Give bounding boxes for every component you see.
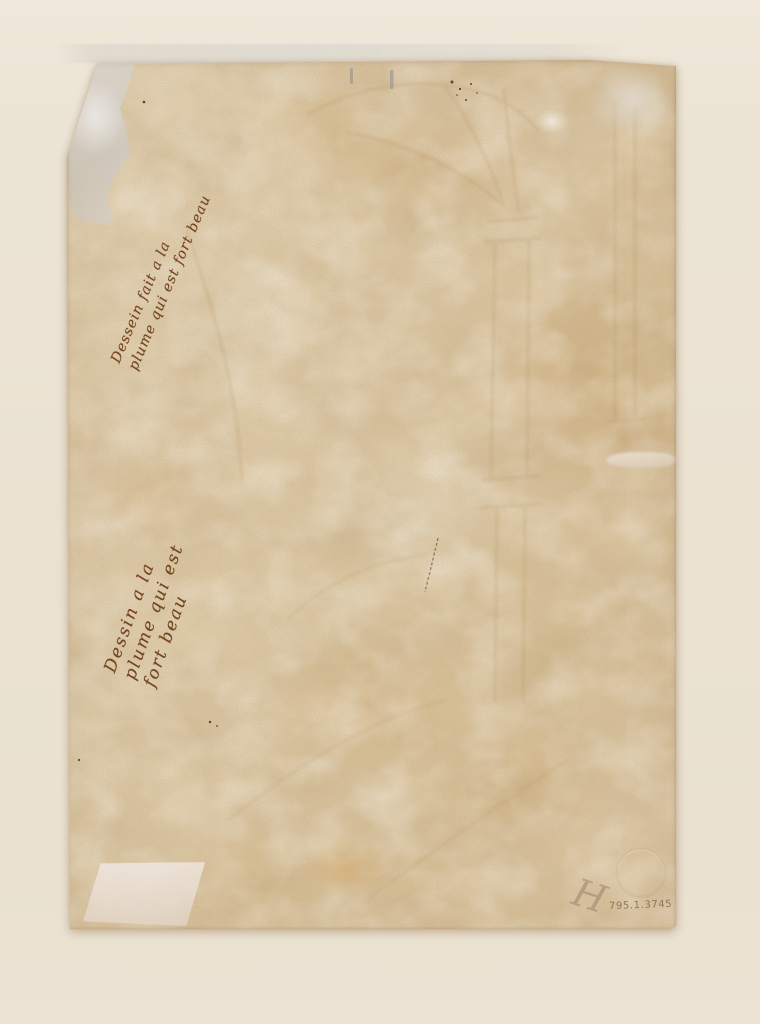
blind-stamp (616, 848, 666, 898)
abrasion-top-right (565, 60, 677, 160)
white-fleck (535, 108, 569, 134)
crease-right-edge (607, 452, 677, 468)
paper-texture-and-ghost-image (67, 60, 676, 929)
mount-board: Dessein fait a la plume qui est fort bea… (0, 0, 760, 1024)
sheet-wrapper: Dessein fait a la plume qui est fort bea… (67, 60, 676, 929)
paper-grain (67, 60, 676, 929)
drawing-verso-sheet: Dessein fait a la plume qui est fort bea… (67, 60, 676, 929)
accession-number: 795.1.3745 (609, 899, 673, 912)
